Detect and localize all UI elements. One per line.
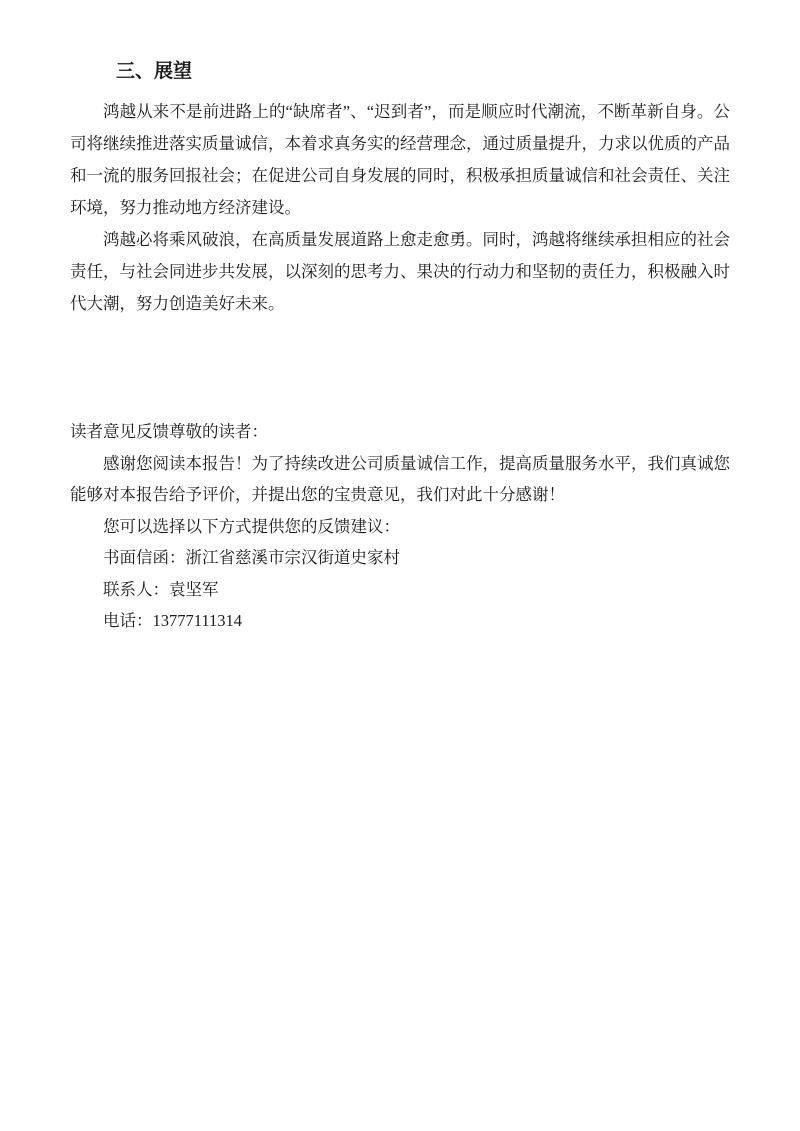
feedback-thanks-paragraph: 感谢您阅读本报告！为了持续改进公司质量诚信工作，提高质量服务水平，我们真诚您能够… xyxy=(70,448,730,511)
feedback-mail-address-line: 书面信函：浙江省慈溪市宗汉街道史家村 xyxy=(70,542,730,574)
document-page: 三、展望 鸿越从来不是前进路上的“缺席者”、“迟到者”，而是顺应时代潮流，不断革… xyxy=(0,0,800,1131)
feedback-phone-line: 电话：13777111314 xyxy=(70,605,730,637)
feedback-salutation-line: 读者意见反馈尊敬的读者： xyxy=(70,416,730,448)
reader-feedback-section: 读者意见反馈尊敬的读者： 感谢您阅读本报告！为了持续改进公司质量诚信工作，提高质… xyxy=(70,416,730,637)
outlook-section-heading: 三、展望 xyxy=(116,56,730,88)
outlook-paragraph-2: 鸿越必将乘风破浪，在高质量发展道路上愈走愈勇。同时，鸿越将继续承担相应的社会责任… xyxy=(70,224,730,320)
outlook-paragraph-1: 鸿越从来不是前进路上的“缺席者”、“迟到者”，而是顺应时代潮流，不断革新自身。公… xyxy=(70,96,730,224)
page-content: 三、展望 鸿越从来不是前进路上的“缺席者”、“迟到者”，而是顺应时代潮流，不断革… xyxy=(0,0,800,637)
feedback-contact-person-line: 联系人：袁坚军 xyxy=(70,574,730,606)
feedback-options-line: 您可以选择以下方式提供您的反馈建议： xyxy=(70,511,730,543)
